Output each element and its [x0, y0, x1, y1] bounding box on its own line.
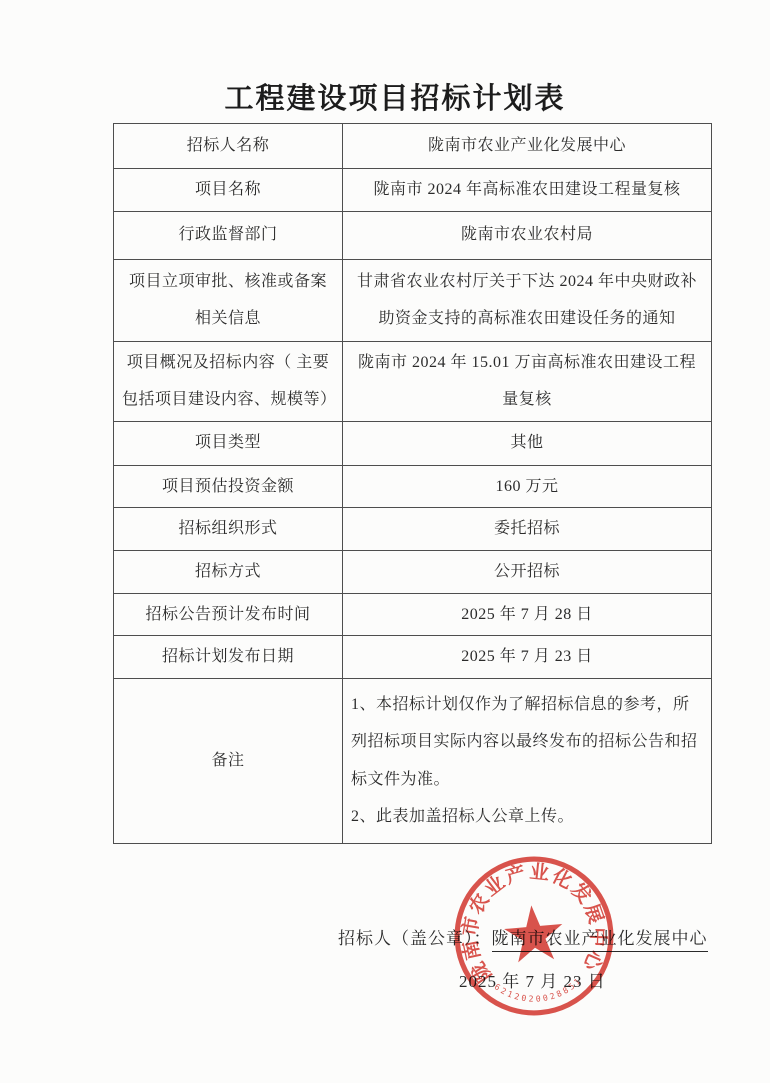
row-value: 2025 年 7 月 28 日 [343, 593, 712, 636]
table-row: 项目类型 其他 [114, 421, 712, 465]
row-label: 招标人名称 [114, 124, 343, 169]
signature-line: 招标人（盖公章）：陇南市农业产业化发展中心 [338, 924, 708, 949]
table-row: 招标方式 公开招标 [114, 550, 712, 593]
table-row: 项目概况及招标内容（ 主要包括项目建设内容、规模等） 陇南市 2024 年 15… [114, 341, 712, 421]
note-line: 1、本招标计划仅作为了解招标信息的参考，所列招标项目实际内容以最终发布的招标公告… [351, 686, 703, 799]
row-value: 陇南市农业产业化发展中心 [343, 124, 712, 169]
note-line: 2、此表加盖招标人公章上传。 [351, 798, 703, 836]
row-value: 陇南市 2024 年高标准农田建设工程量复核 [343, 169, 712, 212]
row-value: 甘肃省农业农村厅关于下达 2024 年中央财政补助资金支持的高标准农田建设任务的… [343, 259, 712, 341]
row-label: 项目预估投资金额 [114, 465, 343, 508]
signature-org: 陇南市农业产业化发展中心 [492, 929, 708, 952]
table-row: 招标公告预计发布时间 2025 年 7 月 28 日 [114, 593, 712, 636]
table-row: 行政监督部门 陇南市农业农村局 [114, 211, 712, 259]
table-row: 招标计划发布日期 2025 年 7 月 23 日 [114, 636, 712, 679]
table-row: 项目名称 陇南市 2024 年高标准农田建设工程量复核 [114, 169, 712, 212]
signature-date: 2025 年 7 月 23 日 [459, 967, 606, 992]
row-label: 招标组织形式 [114, 508, 343, 551]
row-value: 陇南市 2024 年 15.01 万亩高标准农田建设工程量复核 [343, 341, 712, 421]
row-label: 招标方式 [114, 550, 343, 593]
table-row: 项目预估投资金额 160 万元 [114, 465, 712, 508]
table-row: 招标人名称 陇南市农业产业化发展中心 [114, 124, 712, 169]
row-label: 行政监督部门 [114, 211, 343, 259]
row-label: 项目概况及招标内容（ 主要包括项目建设内容、规模等） [114, 341, 343, 421]
bidding-plan-table: 招标人名称 陇南市农业产业化发展中心 项目名称 陇南市 2024 年高标准农田建… [113, 123, 712, 844]
table-row: 备注 1、本招标计划仅作为了解招标信息的参考，所列招标项目实际内容以最终发布的招… [114, 678, 712, 843]
row-value: 2025 年 7 月 23 日 [343, 636, 712, 679]
row-value: 1、本招标计划仅作为了解招标信息的参考，所列招标项目实际内容以最终发布的招标公告… [343, 678, 712, 843]
row-value: 委托招标 [343, 508, 712, 551]
page-title: 工程建设项目招标计划表 [113, 76, 677, 117]
row-label: 招标计划发布日期 [114, 636, 343, 679]
row-value: 其他 [343, 421, 712, 465]
row-label: 项目类型 [114, 421, 343, 465]
signature-label: 招标人（盖公章）： [338, 929, 492, 948]
row-value: 160 万元 [343, 465, 712, 508]
row-value: 陇南市农业农村局 [343, 211, 712, 259]
row-label: 备注 [114, 678, 343, 843]
document-page: 工程建设项目招标计划表 招标人名称 陇南市农业产业化发展中心 项目名称 陇南市 … [0, 0, 770, 1083]
row-label: 招标公告预计发布时间 [114, 593, 343, 636]
row-value: 公开招标 [343, 550, 712, 593]
row-label: 项目立项审批、核准或备案相关信息 [114, 259, 343, 341]
table-row: 招标组织形式 委托招标 [114, 508, 712, 551]
table-row: 项目立项审批、核准或备案相关信息 甘肃省农业农村厅关于下达 2024 年中央财政… [114, 259, 712, 341]
row-label: 项目名称 [114, 169, 343, 212]
